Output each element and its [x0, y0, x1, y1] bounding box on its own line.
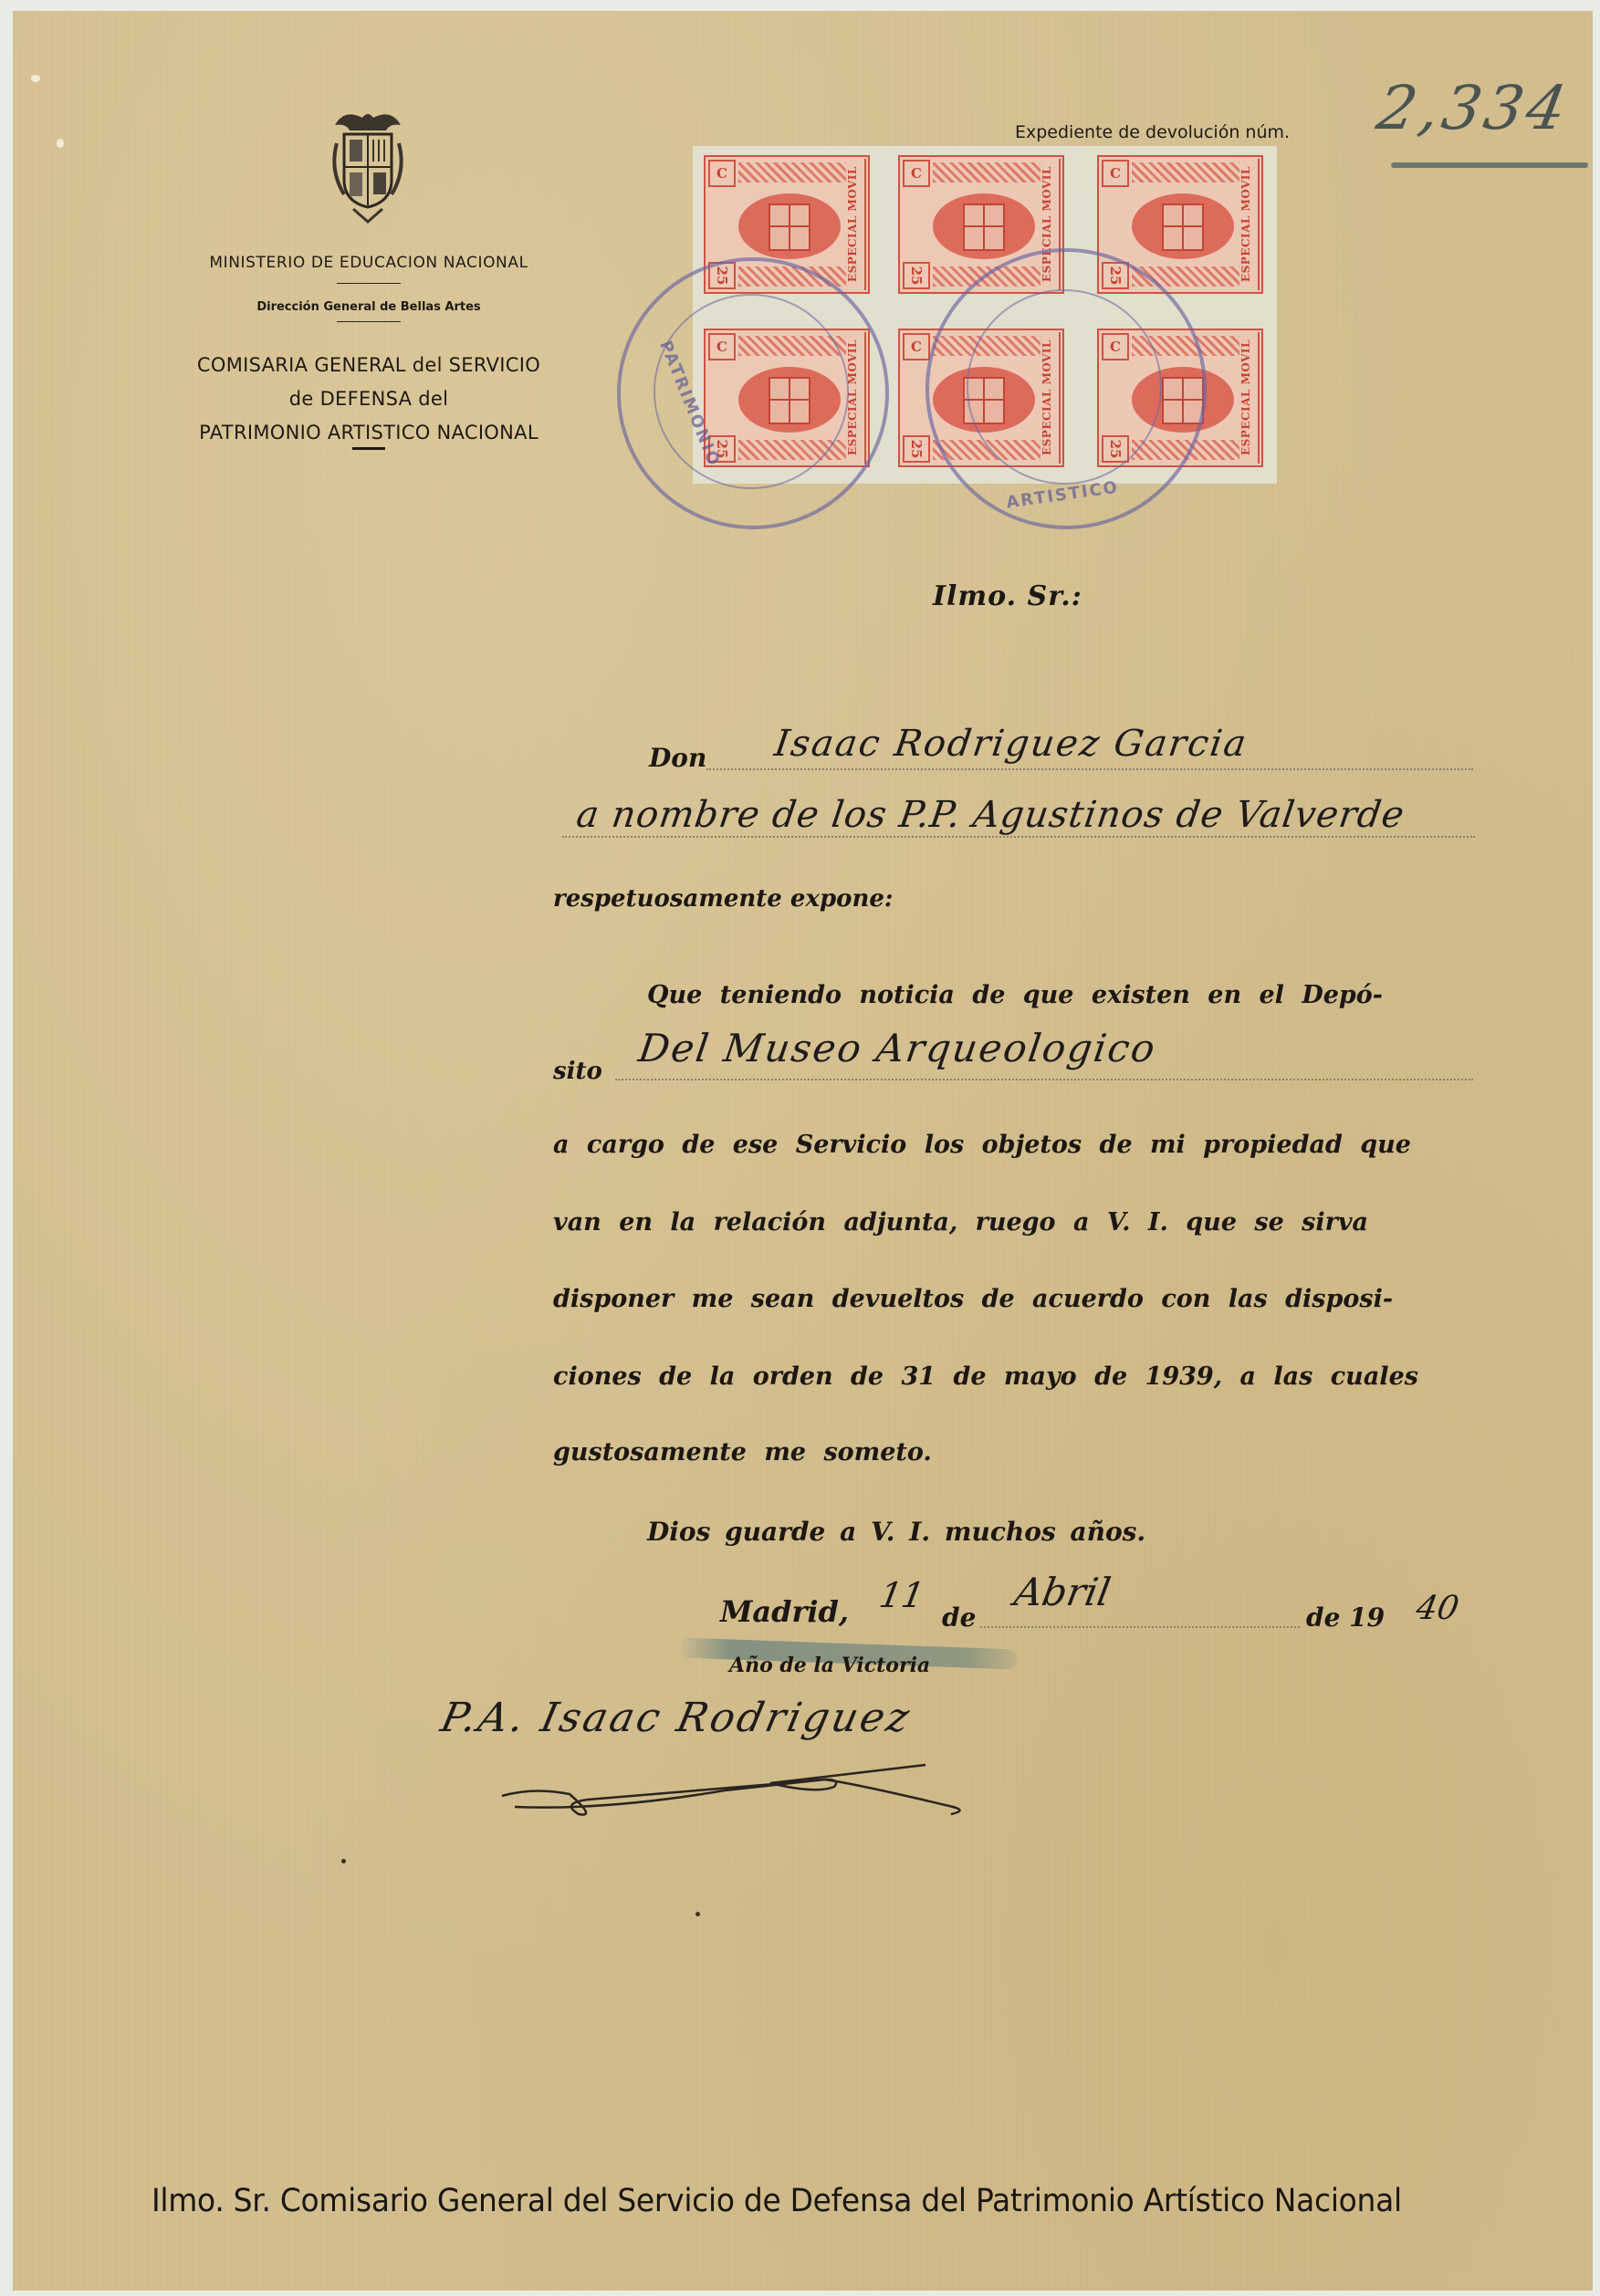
spanish-coat-of-arms-icon [326, 107, 410, 225]
stamp-arms-icon [733, 184, 846, 266]
name-dotted-line [706, 768, 1473, 770]
de-label: de [942, 1602, 976, 1633]
month-dotted-line [980, 1626, 1300, 1628]
behalf-dotted-line [562, 836, 1475, 838]
stamp-side-text: ESPECIAL MOVIL [846, 159, 866, 290]
paper-blemish [31, 75, 40, 82]
day-handwritten: 11 [876, 1575, 927, 1615]
addressee-footer: Ilmo. Sr. Comisario General del Servicio… [152, 2183, 1402, 2219]
paper-blemish [57, 139, 64, 148]
letterhead-divider [337, 283, 401, 284]
stamp-side-text: ESPECIAL MOVIL [1239, 332, 1260, 464]
expediente-label: Expediente de devolución núm. [1015, 122, 1290, 142]
comisaria-line: PATRIMONIO ARTISTICO NACIONAL [150, 416, 588, 450]
comisaria-title: COMISARIA GENERAL del SERVICIO de DEFENS… [150, 349, 588, 450]
stamp-arms-icon [1126, 184, 1239, 266]
month-handwritten: Abril [1011, 1570, 1114, 1614]
signature-handwritten: P.A. Isaac Rodriguez [437, 1695, 916, 1741]
body-line: ciones de la orden de 31 de mayo de 1939… [553, 1362, 1418, 1391]
place-label: Madrid, [720, 1594, 849, 1629]
expediente-underline [1391, 162, 1588, 168]
ano-de-la-victoria-struck: Año de la Victoria [729, 1654, 930, 1677]
body-line: a cargo de ese Servicio los objetos de m… [553, 1131, 1411, 1159]
petitioner-name-handwritten: Isaac Rodriguez Garcia [772, 723, 1250, 765]
stamp-currency: C [1102, 160, 1129, 187]
direccion-general: Dirección General de Bellas Artes [150, 300, 588, 314]
comisaria-line: COMISARIA GENERAL del SERVICIO [150, 349, 588, 382]
body-line: Que teniendo noticia de que existen en e… [647, 981, 1383, 1009]
stamp-currency: C [903, 160, 930, 187]
comisaria-line: de DEFENSA del [150, 382, 588, 416]
deposito-handwritten: Del Museo Arqueologico [636, 1026, 1160, 1070]
stamp-value: 25 [903, 262, 930, 289]
deposito-dotted-line [615, 1079, 1473, 1080]
don-label: Don [649, 743, 706, 773]
stamp-currency: C [903, 333, 930, 360]
salutation: Ilmo. Sr.: [933, 580, 1082, 612]
on-behalf-handwritten: a nombre de los P.P. Agustinos de Valver… [574, 794, 1407, 836]
year-handwritten-correction: 40 [1413, 1590, 1461, 1627]
document-page: MINISTERIO DE EDUCACION NACIONAL Direcci… [13, 11, 1593, 2291]
stamp-value: 25 [903, 435, 930, 463]
body-line: gustosamente me someto. [553, 1438, 932, 1466]
sito-label: sito [553, 1058, 602, 1085]
signature-flourish-icon [497, 1763, 971, 1836]
paper-speck [341, 1859, 346, 1863]
body-line: disponer me sean devueltos de acuerdo co… [553, 1285, 1393, 1313]
paper-speck [695, 1912, 700, 1916]
cancellation-postmark-inner-ring [967, 289, 1162, 485]
stamp-side-text: ESPECIAL MOVIL [1239, 159, 1260, 290]
body-line: van en la relación adjunta, ruego a V. I… [553, 1208, 1368, 1237]
ministry-name: MINISTERIO DE EDUCACION NACIONAL [150, 254, 588, 272]
blessing: Dios guarde a V. I. muchos años. [647, 1517, 1145, 1547]
expone-label: respetuosamente expone: [553, 885, 894, 913]
stamp-currency: C [708, 160, 736, 187]
expediente-number: 2,334 [1372, 73, 1575, 143]
letterhead-divider [337, 321, 401, 322]
letterhead-dash [352, 447, 385, 450]
year-prefix: de 19 [1306, 1602, 1385, 1633]
